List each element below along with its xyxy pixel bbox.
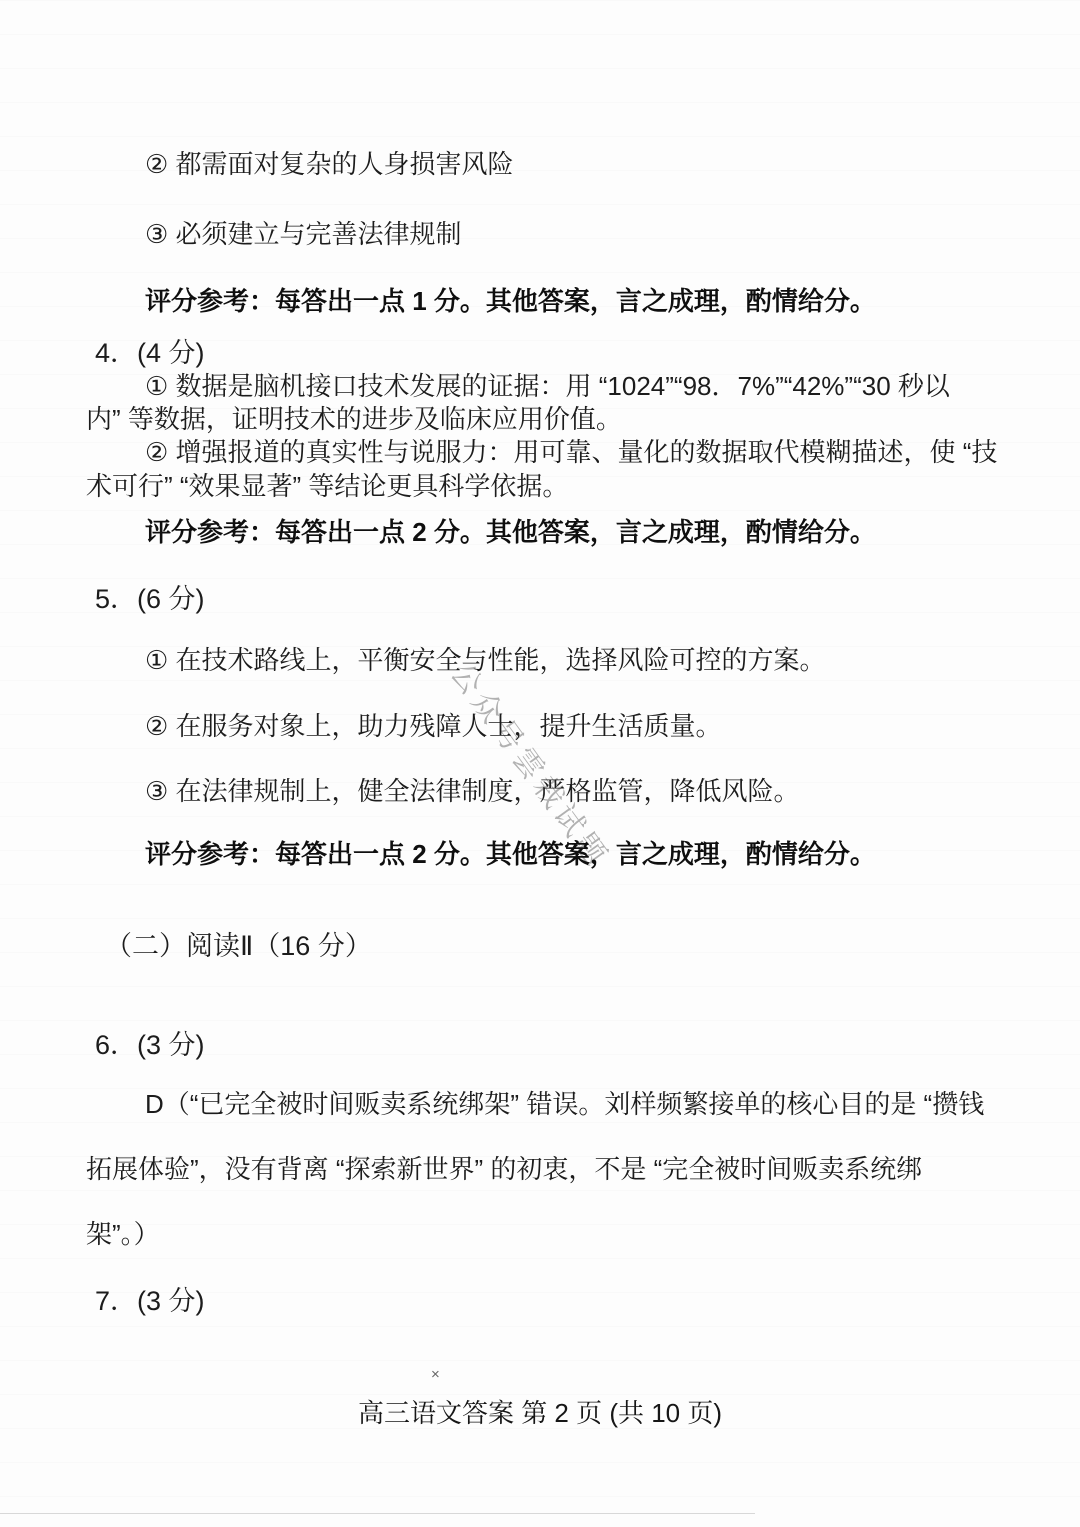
q5-point-3: ③ 在法律规制上，健全法律制度，严格监管，降低风险。 <box>145 777 800 807</box>
q5-point-1: ① 在技术路线上，平衡安全与性能，选择风险可控的方案。 <box>145 646 826 676</box>
reading1-point-2: ② 都需面对复杂的人身损害风险 <box>145 150 514 180</box>
scan-bottom-line <box>0 1513 755 1514</box>
q4-answer-line-1: ① 数据是脑机接口技术发展的证据：用 “1024”“98．7%”“42%”“30… <box>145 372 950 402</box>
q6-answer-line-3: 架”。） <box>86 1220 160 1250</box>
q6-heading: 6．(3 分) <box>95 1030 205 1061</box>
q4-answer-line-4: 术可行” “效果显著” 等结论更具科学依据。 <box>86 472 568 502</box>
scan-artifact-mark: × <box>431 1366 440 1383</box>
q5-scoring-note: 评分参考：每答出一点 2 分。其他答案，言之成理，酌情给分。 <box>145 840 876 870</box>
q4-scoring-note: 评分参考：每答出一点 2 分。其他答案，言之成理，酌情给分。 <box>145 518 876 548</box>
reading1-point-3: ③ 必须建立与完善法律规制 <box>145 220 462 250</box>
q4-answer-line-2: 内” 等数据，证明技术的进步及临床应用价值。 <box>86 405 622 435</box>
q6-answer-line-1: D（“已完全被时间贩卖系统绑架” 错误。刘样频繁接单的核心目的是 “攒钱 <box>145 1090 984 1120</box>
q7-heading: 7．(3 分) <box>95 1286 205 1317</box>
q4-heading: 4．(4 分) <box>95 338 205 369</box>
page-footer: 高三语文答案 第 2 页 (共 10 页) <box>0 1393 1080 1430</box>
answer-sheet-page: 公众号雲栽试题 ② 都需面对复杂的人身损害风险 ③ 必须建立与完善法律规制 评分… <box>0 0 1080 1527</box>
section2-heading: （二）阅读Ⅱ（16 分） <box>105 931 372 962</box>
q6-answer-line-2: 拓展体验”，没有背离 “探索新世界” 的初衷，不是 “完全被时间贩卖系统绑 <box>86 1155 922 1185</box>
reading1-scoring-note: 评分参考：每答出一点 1 分。其他答案，言之成理，酌情给分。 <box>145 287 876 317</box>
q5-heading: 5．(6 分) <box>95 584 205 615</box>
q4-answer-line-3: ② 增强报道的真实性与说服力：用可靠、量化的数据取代模糊描述，使 “技 <box>145 438 997 468</box>
q5-point-2: ② 在服务对象上，助力残障人士，提升生活质量。 <box>145 712 722 742</box>
